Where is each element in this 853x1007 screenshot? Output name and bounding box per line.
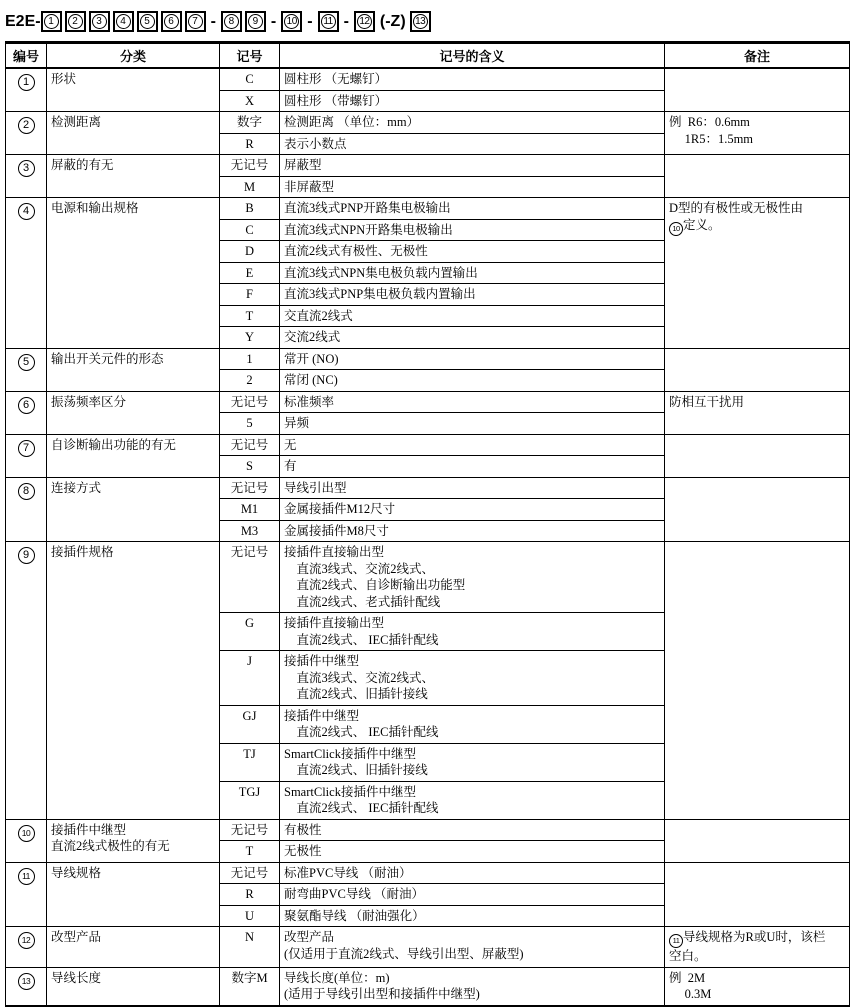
z-suffix: (-Z) <box>380 13 406 31</box>
code-cell: 5 <box>220 413 280 435</box>
meaning-line: 接插件中继型 <box>284 653 660 670</box>
meaning-cell: 接插件中继型 直流3线式、交流2线式、 直流2线式、旧插针接线 <box>280 651 665 706</box>
category-cell: 电源和输出规格 <box>47 198 220 349</box>
header-number: 编号 <box>6 43 47 69</box>
circled-number: 9 <box>248 14 263 29</box>
circled-number: 6 <box>18 397 35 414</box>
category-cell: 接插件规格 <box>47 542 220 820</box>
meaning-cell: 非屏蔽型 <box>280 176 665 198</box>
remark-cell <box>665 434 850 477</box>
title-dash: - <box>344 13 349 31</box>
meaning-cell: 接插件直接输出型 直流2线式、 IEC插针配线 <box>280 613 665 651</box>
section-number-cell: 12 <box>6 927 47 968</box>
table-row: 12改型产品N改型产品(仅适用于直流2线式、导线引出型、屏蔽型)11导线规格为R… <box>6 927 850 968</box>
category-line: 电源和输出规格 <box>51 200 215 217</box>
category-cell: 连接方式 <box>47 477 220 542</box>
meaning-cell: 直流3线式NPN集电极负载内置输出 <box>280 262 665 284</box>
code-cell: 数字 <box>220 112 280 134</box>
meaning-cell: 直流3线式NPN开路集电极输出 <box>280 219 665 241</box>
model-number-title: E2E- 1234567-89-10-11-12(-Z)13 <box>5 9 849 34</box>
meaning-line: 直流2线式、老式插针配线 <box>284 594 660 611</box>
circled-number: 4 <box>18 203 35 220</box>
category-cell: 自诊断输出功能的有无 <box>47 434 220 477</box>
code-cell: D <box>220 241 280 263</box>
meaning-cell: 导线引出型 <box>280 477 665 499</box>
code-cell: S <box>220 456 280 478</box>
legend-table-body: 1形状C圆柱形 （无螺钉）X圆柱形 （带螺钉）2检测距离数字检测距离 （单位：m… <box>6 68 850 1006</box>
table-row: 4电源和输出规格B直流3线式PNP开路集电极输出D型的有极性或无极性由10定义。 <box>6 198 850 220</box>
remark-cell: D型的有极性或无极性由10定义。 <box>665 198 850 349</box>
meaning-line: 无极性 <box>284 843 660 860</box>
code-cell: 数字M <box>220 967 280 1006</box>
code-cell: Y <box>220 327 280 349</box>
remark-line: 11导线规格为R或U时，该栏 <box>669 929 845 948</box>
meaning-line: 交流2线式 <box>284 329 660 346</box>
remark-cell <box>665 348 850 391</box>
meaning-line: 标准PVC导线 （耐油） <box>284 865 660 882</box>
category-line: 直流2线式极性的有无 <box>51 838 215 855</box>
meaning-cell: 接插件中继型 直流2线式、 IEC插针配线 <box>280 705 665 743</box>
meaning-cell: 圆柱形 （带螺钉） <box>280 90 665 112</box>
meaning-line: 导线引出型 <box>284 480 660 497</box>
meaning-cell: 异频 <box>280 413 665 435</box>
code-cell: X <box>220 90 280 112</box>
meaning-cell: 标准PVC导线 （耐油） <box>280 862 665 884</box>
table-row: 3屏蔽的有无无记号屏蔽型 <box>6 155 850 177</box>
remark-cell <box>665 542 850 820</box>
category-line: 接插件规格 <box>51 544 215 561</box>
meaning-line: 接插件直接输出型 <box>284 544 660 561</box>
circled-number: 7 <box>188 14 203 29</box>
circled-number: 10 <box>669 222 683 236</box>
category-cell: 输出开关元件的形态 <box>47 348 220 391</box>
meaning-cell: SmartClick接插件中继型 直流2线式、 IEC插针配线 <box>280 781 665 819</box>
code-cell: 2 <box>220 370 280 392</box>
table-row: 5输出开关元件的形态1常开 (NO) <box>6 348 850 370</box>
category-cell: 形状 <box>47 68 220 112</box>
section-number-cell: 9 <box>6 542 47 820</box>
meaning-line: SmartClick接插件中继型 <box>284 746 660 763</box>
meaning-cell: 屏蔽型 <box>280 155 665 177</box>
meaning-line: 金属接插件M12尺寸 <box>284 501 660 518</box>
code-cell: T <box>220 841 280 863</box>
circled-number: 3 <box>18 160 35 177</box>
remark-line: D型的有极性或无极性由 <box>669 200 845 217</box>
remark-cell <box>665 477 850 542</box>
remark-cell: 例 R6：0.6mm 1R5：1.5mm <box>665 112 850 155</box>
code-cell: M3 <box>220 520 280 542</box>
meaning-cell: 标准频率 <box>280 391 665 413</box>
meaning-line: 耐弯曲PVC导线 （耐油） <box>284 886 660 903</box>
code-cell: 无记号 <box>220 434 280 456</box>
header-meaning: 记号的含义 <box>280 43 665 69</box>
remark-line: 1R5：1.5mm <box>669 131 845 148</box>
circled-number: 9 <box>18 547 35 564</box>
code-cell: 无记号 <box>220 819 280 841</box>
circled-number: 11 <box>669 934 683 948</box>
meaning-line: 屏蔽型 <box>284 157 660 174</box>
category-cell: 屏蔽的有无 <box>47 155 220 198</box>
table-row: 13导线长度数字M导线长度(单位：m)(适用于导线引出型和接插件中继型)例 2M… <box>6 967 850 1006</box>
table-row: 7自诊断输出功能的有无无记号无 <box>6 434 850 456</box>
meaning-line: 金属接插件M8尺寸 <box>284 523 660 540</box>
circled-number: 12 <box>18 932 35 949</box>
meaning-line: 非屏蔽型 <box>284 179 660 196</box>
circled-number: 10 <box>18 825 35 842</box>
model-digit-box: 10 <box>281 11 302 32</box>
remark-cell: 11导线规格为R或U时，该栏空白。 <box>665 927 850 968</box>
section-number-cell: 2 <box>6 112 47 155</box>
code-cell: E <box>220 262 280 284</box>
meaning-line: 直流3线式PNP开路集电极输出 <box>284 200 660 217</box>
meaning-cell: 导线长度(单位：m)(适用于导线引出型和接插件中继型) <box>280 967 665 1006</box>
remark-line: 空白。 <box>669 948 845 965</box>
table-row: 1形状C圆柱形 （无螺钉） <box>6 68 850 90</box>
meaning-line: 交直流2线式 <box>284 308 660 325</box>
meaning-line: 标准频率 <box>284 394 660 411</box>
model-prefix: E2E- <box>5 13 41 31</box>
meaning-line: 直流2线式、 IEC插针配线 <box>284 800 660 817</box>
meaning-line: 直流2线式、 IEC插针配线 <box>284 632 660 649</box>
meaning-line: 改型产品 <box>284 929 660 946</box>
meaning-line: 直流2线式、 IEC插针配线 <box>284 724 660 741</box>
meaning-line: 圆柱形 （带螺钉） <box>284 93 660 110</box>
category-line: 屏蔽的有无 <box>51 157 215 174</box>
meaning-line: 直流2线式、旧插针接线 <box>284 686 660 703</box>
circled-number: 10 <box>284 14 299 29</box>
meaning-cell: SmartClick接插件中继型 直流2线式、旧插针接线 <box>280 743 665 781</box>
remark-line: 例 2M <box>669 970 845 987</box>
meaning-line: 导线长度(单位：m) <box>284 970 660 987</box>
meaning-line: 常闭 (NC) <box>284 372 660 389</box>
category-cell: 检测距离 <box>47 112 220 155</box>
meaning-cell: 常开 (NO) <box>280 348 665 370</box>
code-cell: N <box>220 927 280 968</box>
meaning-cell: 改型产品(仅适用于直流2线式、导线引出型、屏蔽型) <box>280 927 665 968</box>
meaning-line: 检测距离 （单位：mm） <box>284 114 660 131</box>
remark-line: 防相互干扰用 <box>669 394 845 411</box>
table-row: 2检测距离数字检测距离 （单位：mm）例 R6：0.6mm 1R5：1.5mm <box>6 112 850 134</box>
meaning-line: 直流3线式NPN集电极负载内置输出 <box>284 265 660 282</box>
category-cell: 改型产品 <box>47 927 220 968</box>
remark-cell: 例 2M 0.3M <box>665 967 850 1006</box>
code-cell: M1 <box>220 499 280 521</box>
meaning-cell: 有 <box>280 456 665 478</box>
model-digit-box: 7 <box>185 11 206 32</box>
meaning-line: 聚氨酯导线 （耐油强化） <box>284 908 660 925</box>
circled-number: 5 <box>140 14 155 29</box>
table-row: 8连接方式无记号导线引出型 <box>6 477 850 499</box>
meaning-line: 无 <box>284 437 660 454</box>
meaning-line: 直流3线式、交流2线式、 <box>284 561 660 578</box>
remark-cell: 防相互干扰用 <box>665 391 850 434</box>
code-cell: J <box>220 651 280 706</box>
meaning-line: 接插件直接输出型 <box>284 615 660 632</box>
remark-line: 例 R6：0.6mm <box>669 114 845 131</box>
category-line: 改型产品 <box>51 929 215 946</box>
meaning-line: 表示小数点 <box>284 136 660 153</box>
title-dash: - <box>271 13 276 31</box>
circled-number: 4 <box>116 14 131 29</box>
category-cell: 导线规格 <box>47 862 220 927</box>
meaning-line: 常开 (NO) <box>284 351 660 368</box>
circled-number: 11 <box>18 868 35 885</box>
model-digit-box: 1 <box>41 11 62 32</box>
code-cell: T <box>220 305 280 327</box>
circled-number: 5 <box>18 354 35 371</box>
code-cell: U <box>220 905 280 927</box>
remark-cell <box>665 819 850 862</box>
remark-cell <box>665 155 850 198</box>
category-line: 输出开关元件的形态 <box>51 351 215 368</box>
category-cell: 振荡频率区分 <box>47 391 220 434</box>
model-legend-table: 编号 分类 记号 记号的含义 备注 1形状C圆柱形 （无螺钉）X圆柱形 （带螺钉… <box>5 41 850 1007</box>
header-row: 编号 分类 记号 记号的含义 备注 <box>6 43 850 69</box>
meaning-line: 直流2线式、旧插针接线 <box>284 762 660 779</box>
circled-number: 7 <box>18 440 35 457</box>
circled-number: 1 <box>18 74 35 91</box>
section-number-cell: 6 <box>6 391 47 434</box>
remark-cell <box>665 68 850 112</box>
meaning-cell: 有极性 <box>280 819 665 841</box>
category-cell: 导线长度 <box>47 967 220 1006</box>
meaning-cell: 交直流2线式 <box>280 305 665 327</box>
code-cell: 无记号 <box>220 477 280 499</box>
circled-number: 2 <box>68 14 83 29</box>
code-cell: 无记号 <box>220 862 280 884</box>
remark-line: 10定义。 <box>669 217 845 236</box>
model-digit-box: 2 <box>65 11 86 32</box>
meaning-cell: 表示小数点 <box>280 133 665 155</box>
meaning-line: (适用于导线引出型和接插件中继型) <box>284 986 660 1003</box>
code-cell: R <box>220 133 280 155</box>
section-number-cell: 3 <box>6 155 47 198</box>
code-cell: 无记号 <box>220 542 280 613</box>
section-number-cell: 4 <box>6 198 47 349</box>
circled-number: 13 <box>413 14 428 29</box>
header-category: 分类 <box>47 43 220 69</box>
code-cell: 1 <box>220 348 280 370</box>
model-digit-box: 12 <box>354 11 375 32</box>
meaning-cell: 耐弯曲PVC导线 （耐油） <box>280 884 665 906</box>
category-cell: 接插件中继型直流2线式极性的有无 <box>47 819 220 862</box>
meaning-line: 异频 <box>284 415 660 432</box>
category-line: 导线长度 <box>51 970 215 987</box>
meaning-line: 直流2线式、自诊断输出功能型 <box>284 577 660 594</box>
code-cell: R <box>220 884 280 906</box>
model-digit-box: 3 <box>89 11 110 32</box>
code-cell: GJ <box>220 705 280 743</box>
meaning-cell: 检测距离 （单位：mm） <box>280 112 665 134</box>
code-cell: 无记号 <box>220 391 280 413</box>
meaning-line: 直流3线式PNP集电极负载内置输出 <box>284 286 660 303</box>
circled-number: 12 <box>357 14 372 29</box>
meaning-cell: 无极性 <box>280 841 665 863</box>
code-cell: TGJ <box>220 781 280 819</box>
meaning-line: 有极性 <box>284 822 660 839</box>
model-digit-box: 9 <box>245 11 266 32</box>
circled-number: 8 <box>224 14 239 29</box>
table-row: 11导线规格无记号标准PVC导线 （耐油） <box>6 862 850 884</box>
section-number-cell: 7 <box>6 434 47 477</box>
section-number-cell: 11 <box>6 862 47 927</box>
meaning-line: (仅适用于直流2线式、导线引出型、屏蔽型) <box>284 946 660 963</box>
meaning-cell: 圆柱形 （无螺钉） <box>280 68 665 90</box>
table-row: 9接插件规格无记号接插件直接输出型 直流3线式、交流2线式、 直流2线式、自诊断… <box>6 542 850 613</box>
circled-number: 13 <box>18 973 35 990</box>
category-line: 接插件中继型 <box>51 822 215 839</box>
header-code: 记号 <box>220 43 280 69</box>
code-cell: G <box>220 613 280 651</box>
datasheet-page: E2E- 1234567-89-10-11-12(-Z)13 编号 分类 记号 … <box>0 0 853 1007</box>
header-remark: 备注 <box>665 43 850 69</box>
code-cell: 无记号 <box>220 155 280 177</box>
meaning-line: 直流3线式NPN开路集电极输出 <box>284 222 660 239</box>
category-line: 导线规格 <box>51 865 215 882</box>
remark-line: 0.3M <box>669 986 845 1003</box>
meaning-line: 接插件中继型 <box>284 708 660 725</box>
circled-number: 11 <box>321 14 336 29</box>
meaning-cell: 直流3线式PNP开路集电极输出 <box>280 198 665 220</box>
circled-number: 2 <box>18 117 35 134</box>
section-number-cell: 13 <box>6 967 47 1006</box>
meaning-cell: 常闭 (NC) <box>280 370 665 392</box>
model-digit-box: 13 <box>410 11 431 32</box>
title-dash: - <box>211 13 216 31</box>
remark-cell <box>665 862 850 927</box>
table-row: 6振荡频率区分无记号标准频率防相互干扰用 <box>6 391 850 413</box>
meaning-line: SmartClick接插件中继型 <box>284 784 660 801</box>
meaning-cell: 直流3线式PNP集电极负载内置输出 <box>280 284 665 306</box>
meaning-line: 直流3线式、交流2线式、 <box>284 670 660 687</box>
section-number-cell: 10 <box>6 819 47 862</box>
model-digit-box: 8 <box>221 11 242 32</box>
meaning-cell: 金属接插件M12尺寸 <box>280 499 665 521</box>
circled-number: 6 <box>164 14 179 29</box>
meaning-cell: 无 <box>280 434 665 456</box>
meaning-cell: 聚氨酯导线 （耐油强化） <box>280 905 665 927</box>
meaning-line: 有 <box>284 458 660 475</box>
category-line: 连接方式 <box>51 480 215 497</box>
section-number-cell: 1 <box>6 68 47 112</box>
meaning-cell: 交流2线式 <box>280 327 665 349</box>
category-line: 检测距离 <box>51 114 215 131</box>
circled-number: 3 <box>92 14 107 29</box>
meaning-cell: 直流2线式有极性、无极性 <box>280 241 665 263</box>
table-row: 10接插件中继型直流2线式极性的有无无记号有极性 <box>6 819 850 841</box>
title-dash: - <box>307 13 312 31</box>
meaning-cell: 金属接插件M8尺寸 <box>280 520 665 542</box>
section-number-cell: 5 <box>6 348 47 391</box>
category-line: 振荡频率区分 <box>51 394 215 411</box>
model-digit-box: 5 <box>137 11 158 32</box>
category-line: 自诊断输出功能的有无 <box>51 437 215 454</box>
section-number-cell: 8 <box>6 477 47 542</box>
meaning-line: 直流2线式有极性、无极性 <box>284 243 660 260</box>
model-digit-box: 4 <box>113 11 134 32</box>
circled-number: 1 <box>44 14 59 29</box>
model-digit-box: 11 <box>318 11 339 32</box>
meaning-cell: 接插件直接输出型 直流3线式、交流2线式、 直流2线式、自诊断输出功能型 直流2… <box>280 542 665 613</box>
code-cell: C <box>220 68 280 90</box>
code-cell: TJ <box>220 743 280 781</box>
category-line: 形状 <box>51 71 215 88</box>
code-cell: B <box>220 198 280 220</box>
code-cell: C <box>220 219 280 241</box>
model-digit-box: 6 <box>161 11 182 32</box>
code-cell: F <box>220 284 280 306</box>
model-code-boxes: 1234567-89-10-11-12(-Z)13 <box>41 11 431 32</box>
circled-number: 8 <box>18 483 35 500</box>
meaning-line: 圆柱形 （无螺钉） <box>284 71 660 88</box>
code-cell: M <box>220 176 280 198</box>
